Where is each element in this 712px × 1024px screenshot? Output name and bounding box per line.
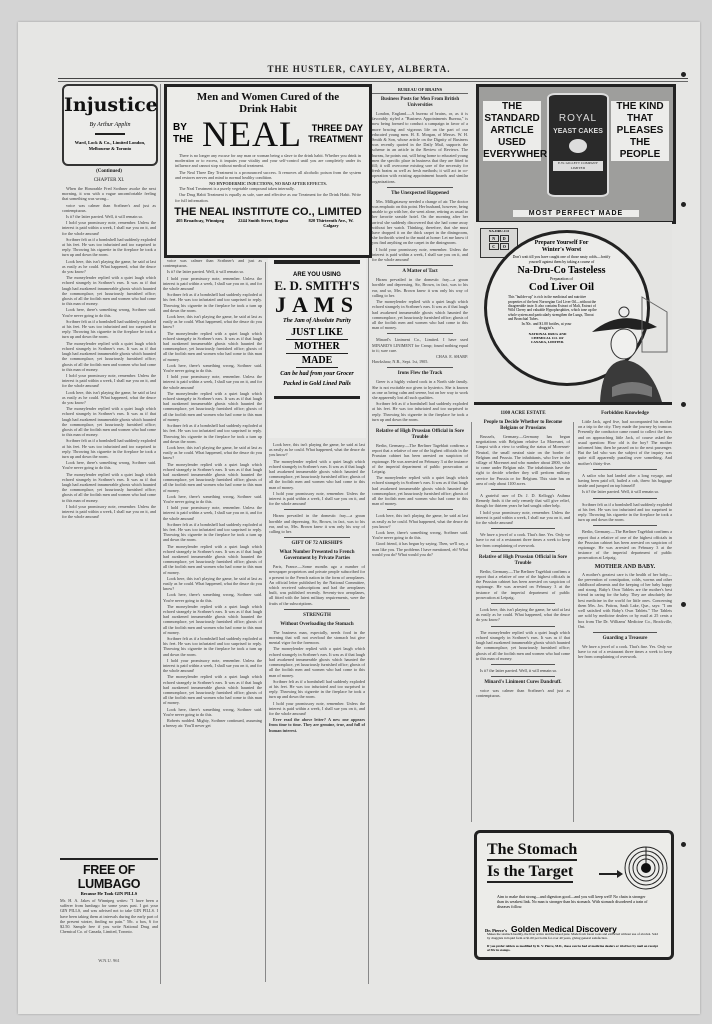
royal-yeast-ad: THE STANDARD ARTICLE USED EVERYWHERE ROY… — [476, 84, 676, 224]
column-divider — [160, 84, 161, 984]
jams-slogan-3: MADE — [296, 355, 338, 368]
reader-note: Ever read the above letter? A new one ap… — [269, 717, 365, 733]
jams-slogan-1: JUST LIKE — [286, 327, 348, 340]
jams-line3: Packed in Gold Lined Pails — [268, 378, 366, 388]
separator-rule — [387, 333, 453, 334]
separator-rule — [387, 265, 453, 266]
fortune-headline: Relative of High Prussian Official in So… — [476, 555, 570, 567]
bureau-body: London, England.—A bureau of brains, or,… — [372, 111, 468, 184]
column-3-text: Look here, this isn't playing the game, … — [269, 442, 365, 982]
can-product: YEAST CAKES — [549, 128, 607, 135]
sailor-body: A sailor who had landed after a long voy… — [578, 473, 672, 489]
neal-institute-ad: Men and Women Cured of the Drink Habit B… — [164, 84, 372, 258]
serial-paragraph: Scribner felt as if a bombshell had sudd… — [62, 237, 156, 258]
strength-body: The business man, especially, needs food… — [269, 630, 365, 646]
article-paragraph: The moneylender replied with a quiet lau… — [269, 646, 365, 677]
column-6-text: Forbidden Knowledge Little Jack, aged fi… — [578, 408, 672, 828]
serial-paragraph: I hold your promissory note, remember. U… — [62, 373, 156, 389]
jams-product: JAMS — [268, 293, 366, 317]
serial-paragraph: Roberts nodded. Mighty, Scribner continu… — [163, 718, 262, 728]
neal-body: The Neal Three Day Treatment is a pronou… — [175, 170, 361, 180]
neal-body: Our Drug Habit Treatment is equally as s… — [175, 192, 361, 202]
stomach-body: Aim to make that strong—and digestion go… — [497, 895, 652, 909]
neal-address: 405 Broadway, Winnipeg — [175, 218, 225, 228]
strength-subhead: Without Overloading the Stomach — [269, 622, 365, 628]
serial-publisher: Ward, Lock & Co., Limited London, Melbou… — [64, 140, 156, 152]
serial-paragraph: I hold your promissory note, remember. U… — [163, 276, 262, 292]
serial-paragraph: The moneylender replied with a quiet lau… — [62, 472, 156, 503]
separator-rule — [593, 525, 657, 526]
neal-by-the: BY THE — [173, 122, 197, 146]
guarding-headline: Guarding a Treasure — [578, 636, 672, 642]
serial-title: Injustice — [64, 94, 156, 116]
stomach-headline-1: The Stomach — [487, 841, 577, 861]
stomach-small-2: If you prefer tablets as modified by R. … — [487, 944, 659, 952]
serial-paragraph: voice was calmer than Scribner's and jus… — [163, 258, 262, 268]
column-divider — [471, 422, 472, 822]
minards-dandruff: Minard's Liniment Cures Dandruff. — [476, 680, 570, 686]
serial-paragraph: The moneylender replied with a quiet lau… — [62, 275, 156, 306]
newspaper-page: THE HUSTLER, CAYLEY, ALBERTA. Injustice … — [18, 22, 700, 1014]
forbidden-headline: Forbidden Knowledge — [578, 411, 672, 417]
separator-rule — [491, 551, 555, 552]
neal-body: There is no longer any excuse for any ma… — [175, 153, 361, 169]
article-paragraph: I hold your promissory note, remember. U… — [269, 701, 365, 717]
serial-paragraph: Look here, there's something wrong, Scri… — [62, 460, 156, 470]
serial-paragraph: Look here, this isn't playing the game, … — [62, 259, 156, 275]
lumbago-subhead: Because He Took GIN PILLS — [60, 891, 158, 896]
serial-paragraph: I hold your promissory note, remember. U… — [163, 505, 262, 521]
estate-section: 1100 ACRE ESTATE — [476, 411, 570, 417]
serial-paragraph: Look here, there's something wrong, Scri… — [163, 707, 262, 717]
serial-paragraph: The moneylender replied with a quiet lau… — [163, 604, 262, 635]
asthma-body: A grateful user of Dr. J. D. Kellogg's A… — [476, 493, 570, 509]
article-paragraph: I hold your promissory note, remember. U… — [372, 247, 468, 263]
woman-illustration — [582, 292, 672, 402]
serial-paragraph: The moneylender replied with a quiet lau… — [163, 674, 262, 705]
separator-rule — [593, 632, 657, 633]
badge-letter: N — [489, 235, 499, 242]
article-paragraph: Look here, this isn't playing the game, … — [372, 513, 468, 529]
column-divider — [573, 422, 574, 822]
article-paragraph: Look here, there's something wrong, Scri… — [372, 530, 468, 540]
serial-paragraph: voice was calmer than Scribner's and jus… — [62, 203, 156, 213]
badge-letter: C — [489, 243, 499, 250]
separator-rule — [593, 498, 657, 499]
royal-tagline: MOST PERFECT MADE — [513, 210, 639, 217]
separator-rule — [491, 626, 555, 627]
separator-rule — [491, 676, 555, 677]
binder-hole — [681, 842, 686, 847]
separator-rule — [284, 537, 350, 538]
masthead-rule — [58, 78, 688, 82]
separator-rule — [387, 367, 453, 368]
serial-paragraph: Look here, there's something wrong, Scri… — [62, 307, 156, 317]
masthead: THE HUSTLER, CAYLEY, ALBERTA. — [18, 64, 700, 74]
nadruco-cod-liver-oil-ad: NA-DRU-CO N D C O Prepare Yourself For W… — [474, 222, 672, 405]
separator-rule — [491, 489, 555, 490]
serial-paragraph: I hold your promissory note, remember. U… — [163, 374, 262, 390]
serial-text-column-2: voice was calmer than Scribner's and jus… — [163, 258, 262, 978]
bureau-subhead: Business Posts for Men From British Univ… — [372, 97, 468, 109]
nadruco-headline: Prepare Yourself For Winter's Worst — [504, 240, 619, 254]
serial-author: By Arthur Applin — [64, 122, 156, 128]
neal-address: 2244 Smith Street, Regina — [238, 218, 288, 228]
minards-place: Hawkshaw, N.B., Sept. 1st, 1905. — [372, 359, 468, 364]
airships-subhead: What Number Presented to French Governme… — [269, 550, 365, 562]
minards-testimonial: Minard's Liniment Co., Limited. I have u… — [372, 337, 468, 353]
mother-baby-headline: MOTHER AND BABY. — [578, 564, 672, 570]
jams-slogan-2: MOTHER — [286, 341, 348, 354]
forbidden-body: Little Jack, aged five, had accompanied … — [578, 419, 672, 466]
serial-paragraph: Look here, there's something wrong, Scri… — [163, 592, 262, 602]
serial-paragraph: The moneylender replied with a quiet lau… — [163, 544, 262, 575]
bureau-section: BUREAU OF BRAINS — [372, 87, 468, 94]
separator-rule — [387, 425, 453, 426]
separator-rule — [284, 509, 350, 510]
separator-rule — [491, 528, 555, 529]
binder-hole — [681, 202, 686, 207]
nadruco-product: Na-Dru-Co Tasteless — [504, 265, 619, 276]
article-paragraph: The moneylender replied with a quiet lau… — [372, 299, 468, 330]
article-paragraph: The moneylender replied with a quiet lau… — [372, 475, 468, 506]
jams-brand: E. D. SMITH'S — [268, 278, 366, 293]
serial-paragraph: Look here, this isn't playing the game, … — [163, 576, 262, 592]
serial-paragraph: The moneylender replied with a quiet lau… — [163, 391, 262, 422]
diplomat-headline: Relative of High Prussian Official in So… — [372, 429, 468, 441]
airships-body: Paris, France.—Some months ago a number … — [269, 564, 365, 606]
serial-paragraph: Look here, this isn't playing the game, … — [163, 314, 262, 330]
neal-body: The Neal Treatment is a purely vegetable… — [175, 186, 361, 191]
serial-paragraph: Is it? the latter parried. Well, it will… — [62, 214, 156, 219]
serial-paragraph: Look here, this isn't playing the game, … — [62, 390, 156, 406]
article-paragraph: The moneylender replied with a quiet lau… — [476, 630, 570, 661]
lumbago-body: Mr. H. A. Jakes of Winnipeg writes: "I h… — [60, 898, 158, 960]
serial-paragraph: Look here, this isn't playing the game, … — [163, 445, 262, 461]
stomach-headline-2: Is the Target — [487, 863, 573, 883]
article-paragraph: Good friend, it has begun by saying. The… — [372, 541, 468, 557]
lumbago-ad: FREE OF LUMBAGO Because He Took GIN PILL… — [60, 858, 158, 960]
serial-paragraph: Scribner felt as if a bombshell had sudd… — [62, 319, 156, 340]
serial-paragraph: The moneylender replied with a quiet lau… — [62, 341, 156, 372]
separator-rule — [593, 469, 657, 470]
article-paragraph: Look here, this isn't playing the game, … — [269, 442, 365, 458]
mother-baby-body: A mother's greatest care is the health o… — [578, 572, 672, 629]
guarding-body: We have a jewel of a cook. That's fine. … — [578, 644, 672, 660]
title-rule — [95, 133, 125, 135]
yeast-can: ROYAL YEAST CAKES E.W. GILLETT COMPANY L… — [547, 93, 609, 197]
binder-hole — [681, 72, 686, 77]
neal-name: NEAL — [202, 115, 302, 153]
column-5-text: 1100 ACRE ESTATE People to Decide Whethe… — [476, 408, 570, 828]
serial-paragraph: Scribner felt as if a bombshell had sudd… — [163, 522, 262, 543]
can-maker: E.W. GILLETT COMPANY LIMITED — [553, 161, 603, 171]
separator-rule — [387, 187, 453, 188]
article-paragraph: Is it? the latter parried. Well, it will… — [476, 668, 570, 673]
stomach-target-ad: The Stomach Is the Target Aim to make th… — [474, 830, 674, 960]
jams-sub: The Jam of Absolute Purity — [268, 317, 366, 325]
serial-paragraph: The moneylender replied with a quiet lau… — [163, 462, 262, 493]
injustice-title-box: Injustice By Arthur Applin Ward, Lock & … — [62, 84, 158, 166]
fortune-body: Berlin, Germany.—The Berliner Tageblatt … — [476, 569, 570, 600]
diplomat-body: Berlin, Germany.—The Berliner Tageblatt … — [372, 443, 468, 474]
unexpected-body: Mrs. Milligatawny needed a change of air… — [372, 199, 468, 246]
lumbago-headline: FREE OF LUMBAGO — [60, 863, 158, 891]
irons-headline: Irons Flew the Track — [372, 371, 468, 377]
serial-paragraph: Scribner felt as if a bombshell had sudd… — [163, 292, 262, 313]
strength-headline: STRENGTH — [269, 613, 365, 619]
smith-jams-ad: ARE YOU USING E. D. SMITH'S JAMS The Jam… — [268, 258, 366, 438]
continued-label: (Continued) — [62, 169, 156, 175]
stomach-small-1: Makes the stomach healthy, the liver act… — [487, 932, 659, 940]
serial-paragraph: I hold your promissory note, remember. U… — [62, 220, 156, 236]
article-paragraph: We have a jewel of a cook. That's fine. … — [476, 532, 570, 548]
article-paragraph: Berlin, Germany.—The Berliner Tageblatt … — [578, 529, 672, 560]
airships-headline: GIFT OF 72 AIRSHIPS — [269, 541, 365, 547]
estate-body: Brussels, Germany.—Germany has begun neg… — [476, 434, 570, 486]
tact-body: Hiram prevailed in the domestic fray—a g… — [372, 277, 468, 298]
target-icon — [623, 845, 669, 891]
article-paragraph: Scribner felt as if a bombshell had sudd… — [372, 401, 468, 422]
can-brand: ROYAL — [549, 113, 607, 124]
jams-bottom-rule — [274, 396, 360, 399]
binder-hole — [681, 602, 686, 607]
column-4-text: BUREAU OF BRAINS Business Posts for Men … — [372, 84, 468, 984]
article-paragraph: Scribner felt as if a bombshell had sudd… — [578, 502, 672, 523]
neal-three-day: THREE DAY TREATMENT — [307, 123, 363, 145]
article-paragraph: I hold your promissory note, remember. U… — [476, 510, 570, 526]
article-paragraph: Hiram prevailed in the domestic fray—a g… — [269, 513, 365, 534]
royal-left: THE STANDARD ARTICLE USED EVERYWHERE — [483, 101, 541, 161]
neal-company: THE NEAL INSTITUTE CO., LIMITED — [167, 206, 369, 218]
serial-paragraph: The moneylender replied with a quiet lau… — [62, 406, 156, 437]
separator-rule — [387, 509, 453, 510]
article-paragraph: voice was calmer than Scribner's and jus… — [476, 688, 570, 698]
article-paragraph: The moneylender replied with a quiet lau… — [269, 459, 365, 490]
unexpected-headline: The Unexpected Happened — [372, 191, 468, 197]
chapter-heading: CHAPTER XI. — [62, 178, 156, 184]
article-paragraph: I hold your promissory note, remember. U… — [269, 491, 365, 507]
can-emblem — [569, 139, 587, 153]
tact-headline: A Matter of Tact — [372, 269, 468, 275]
separator-rule — [491, 664, 555, 665]
jams-line2: Can be had from your Grocer — [268, 368, 366, 378]
serial-paragraph: The moneylender replied with a quiet lau… — [163, 331, 262, 362]
serial-paragraph: Scribner felt as if a bombshell had sudd… — [163, 636, 262, 657]
serial-paragraph: Is it? the latter parried. Well, it will… — [163, 269, 262, 274]
serial-paragraph: Look here, there's something wrong, Scri… — [163, 363, 262, 373]
serial-text-column: (Continued) CHAPTER XI. When the Honorab… — [62, 166, 156, 856]
binder-hole — [681, 402, 686, 407]
serial-paragraph: When the Honorable Fred Scribner awoke t… — [62, 186, 156, 202]
neal-headline: Men and Women Cured of the Drink Habit — [187, 91, 349, 115]
serial-paragraph: Look here, there's something wrong, Scri… — [163, 494, 262, 504]
royal-right: THE KIND THAT PLEASES THE PEOPLE — [611, 101, 669, 161]
separator-rule — [491, 603, 555, 604]
serial-paragraph: Scribner felt as if a bombshell had sudd… — [62, 438, 156, 459]
article-paragraph: Look here, this isn't playing the game, … — [476, 607, 570, 623]
separator-rule — [284, 609, 350, 610]
serial-paragraph: I hold your promissory note, remember. U… — [62, 504, 156, 520]
neal-address: 820 Thirteenth Ave., W. Calgary — [301, 218, 361, 228]
serial-paragraph: I hold your promissory note, remember. U… — [163, 658, 262, 674]
estate-subhead: People to Decide Whether to Become Belgi… — [476, 420, 570, 432]
nadruco-lead: Don't wait till you have caught one of t… — [504, 254, 619, 265]
jams-top-rule — [274, 260, 360, 264]
serial-paragraph: Scribner felt as if a bombshell had sudd… — [163, 423, 262, 444]
irons-body: Greer is a highly valued cook in a North… — [372, 379, 468, 400]
column-divider — [265, 262, 266, 982]
article-paragraph: Is it? the latter parried. Well, it will… — [578, 489, 672, 494]
article-paragraph: Scribner felt as if a bombshell had sudd… — [269, 679, 365, 700]
